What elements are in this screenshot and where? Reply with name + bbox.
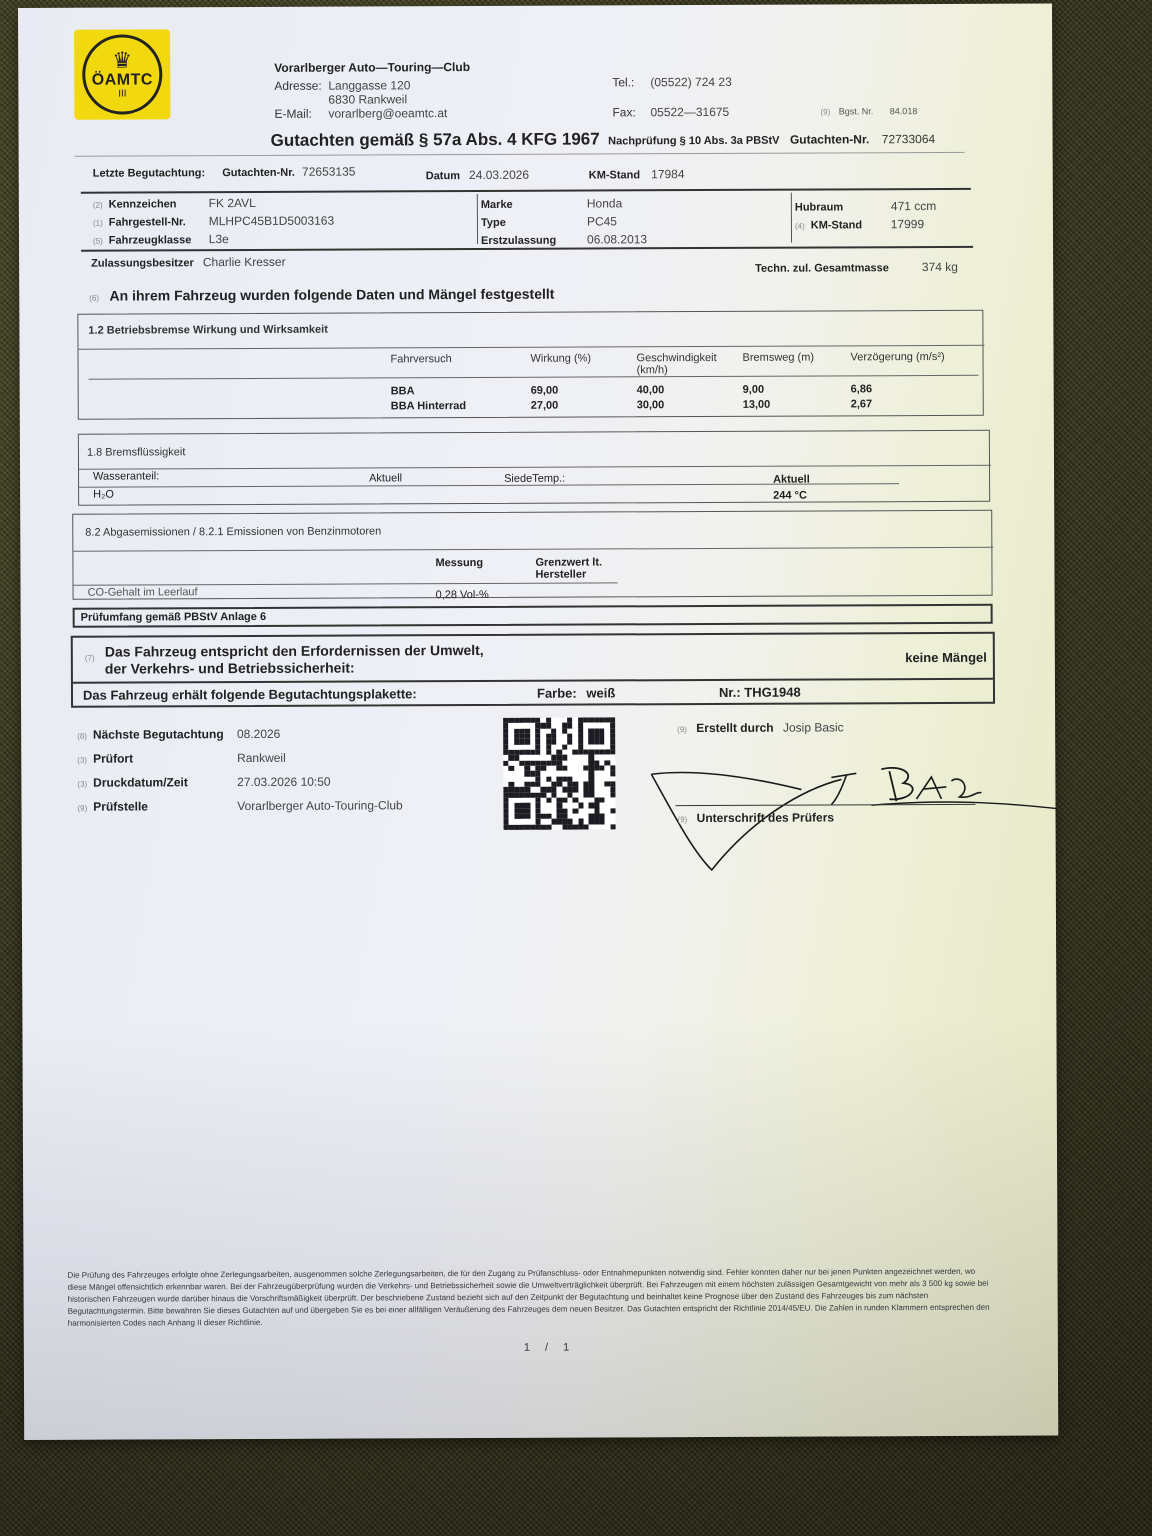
co-label: CO-Gehalt im Leerlauf bbox=[88, 586, 198, 598]
marke-value: Honda bbox=[587, 196, 622, 210]
result-line2: der Verkehrs- und Betriebssicherheit: bbox=[105, 659, 484, 678]
fluid-title-rule bbox=[79, 465, 991, 470]
farbe-value: weiß bbox=[586, 685, 615, 700]
fahrzeugklasse-label: Fahrzeugklasse bbox=[109, 232, 209, 249]
brake-cell: 69,00 bbox=[531, 385, 559, 397]
brake-cell: BBA bbox=[391, 385, 415, 397]
brake-cell: 6,86 bbox=[851, 383, 872, 395]
brake-cell: 40,00 bbox=[637, 384, 665, 396]
signature-label: Unterschrift des Prüfers bbox=[697, 810, 834, 825]
bgst-row: (9) Bgst. Nr. 84.018 bbox=[820, 106, 917, 116]
brake-header-geschwindigkeit: Geschwindigkeit (km/h) bbox=[637, 352, 741, 376]
owner-row: Zulassungsbesitzer Charlie Kresser bbox=[91, 255, 286, 270]
legal-disclaimer: Die Prüfung des Fahrzeuges erfolgte ohne… bbox=[68, 1266, 994, 1330]
page-number: 1 / 1 bbox=[524, 1342, 575, 1354]
last-nr-value: 72653135 bbox=[302, 165, 355, 179]
last-km-row: KM-Stand 17984 bbox=[589, 167, 685, 181]
print-date-row: (3)Druckdatum/Zeit27.03.2026 10:50 bbox=[77, 770, 402, 795]
brake-cell: 27,00 bbox=[531, 400, 559, 412]
document-title: Gutachten gemäß § 57a Abs. 4 KFG 1967 Na… bbox=[271, 128, 936, 151]
last-inspection-row: Letzte Begutachtung: Gutachten-Nr. 72653… bbox=[93, 165, 356, 180]
mass-value: 374 kg bbox=[922, 260, 958, 274]
last-date-value: 24.03.2026 bbox=[469, 168, 529, 182]
qr-code[interactable] bbox=[503, 717, 615, 829]
next-inspection-label: Nächste Begutachtung bbox=[93, 723, 237, 747]
plakette-nr-row: Nr.: THG1948 bbox=[719, 685, 801, 700]
co-value: 0,28 Vol-% bbox=[436, 589, 489, 601]
address-line2: 6830 Rankweil bbox=[328, 92, 407, 106]
hubraum-label: Hubraum bbox=[795, 199, 891, 216]
brake-section-title: 1.2 Betriebsbremse Wirkung und Wirksamke… bbox=[88, 324, 327, 337]
farbe-label: Farbe: bbox=[537, 686, 577, 701]
print-date-value: 27.03.2026 10:50 bbox=[237, 775, 330, 789]
pruefort-row: (3)PrüfortRankweil bbox=[77, 746, 402, 771]
tel-value: (05522) 724 23 bbox=[650, 75, 731, 89]
mass-label: Techn. zul. Gesamtmasse bbox=[755, 262, 889, 275]
last-inspection-label: Letzte Begutachtung: bbox=[93, 167, 206, 179]
email-link[interactable]: vorarlberg@oeamtc.at bbox=[328, 106, 447, 121]
fluid-section: 1.8 Bremsflüssigkeit Wasseranteil: Aktue… bbox=[78, 430, 990, 506]
fahrgestell-value: MLHPC45B1D5003163 bbox=[209, 214, 334, 229]
fahrgestell-label: Fahrgestell-Nr. bbox=[109, 214, 209, 231]
vehicle-divider-2 bbox=[791, 193, 792, 243]
vehicle-engine-block: Hubraum471 ccm (4)KM-Stand17999 bbox=[795, 198, 937, 235]
findings-heading: (6) An ihrem Fahrzeug wurden folgende Da… bbox=[89, 286, 554, 306]
logo-roman: III bbox=[118, 90, 126, 100]
oeamtc-logo: ♛ ÖAMTC III bbox=[74, 29, 170, 119]
pruefort-label: Prüfort bbox=[93, 747, 237, 771]
emissions-title-rule bbox=[73, 547, 993, 552]
result-divider bbox=[73, 678, 993, 684]
title-nr-value: 72733064 bbox=[882, 132, 935, 146]
brake-cell: 30,00 bbox=[637, 399, 665, 411]
kennzeichen-value: FK 2AVL bbox=[209, 196, 256, 210]
emissions-header-messung: Messung bbox=[435, 557, 483, 569]
brake-cell: 13,00 bbox=[743, 399, 771, 411]
mass-row: Techn. zul. Gesamtmasse 374 kg bbox=[755, 260, 958, 275]
creator-label: Erstellt durch bbox=[696, 721, 773, 735]
boil-label: SiedeTemp.: bbox=[504, 473, 565, 485]
brake-header-rule bbox=[89, 375, 979, 380]
tel-label: Tel.: bbox=[612, 75, 634, 89]
brake-section: 1.2 Betriebsbremse Wirkung und Wirksamke… bbox=[77, 310, 983, 420]
last-date-row: Datum 24.03.2026 bbox=[426, 168, 529, 182]
brake-title-rule bbox=[78, 345, 984, 350]
last-nr-label: Gutachten-Nr. bbox=[222, 167, 295, 179]
title-sub: Nachprüfung § 10 Abs. 3a PBStV bbox=[608, 135, 779, 148]
fahrzeugklasse-row: (5)FahrzeugklasseL3e bbox=[93, 231, 334, 250]
last-km-label: KM-Stand bbox=[589, 169, 640, 181]
pruefort-value: Rankweil bbox=[237, 751, 286, 765]
hubraum-value: 471 ccm bbox=[891, 199, 936, 213]
fluid-section-title: 1.8 Bremsflüssigkeit bbox=[87, 446, 185, 458]
result-line1: Das Fahrzeug entspricht den Erforderniss… bbox=[105, 642, 484, 661]
address-line1: Langgasse 120 bbox=[328, 78, 410, 92]
scope-box: Prüfumfang gemäß PBStV Anlage 6 bbox=[73, 604, 993, 628]
brake-header-verzoegerung: Verzögerung (m/s²) bbox=[851, 351, 945, 363]
bgst-value: 84.018 bbox=[890, 106, 918, 116]
creator-value: Josip Basic bbox=[783, 720, 844, 734]
brake-cell: 2,67 bbox=[851, 398, 872, 410]
vehicle-top-rule bbox=[81, 188, 971, 194]
last-date-label: Datum bbox=[426, 170, 460, 182]
fahrgestell-row: (1)Fahrgestell-Nr.MLHPC45B1D5003163 bbox=[93, 213, 334, 232]
print-date-label: Druckdatum/Zeit bbox=[93, 771, 237, 795]
verdict-text: keine Mängel bbox=[905, 650, 987, 665]
brake-header-fahrversuch: Fahrversuch bbox=[391, 353, 452, 365]
plakette-nr-label: Nr.: bbox=[719, 685, 741, 700]
next-inspection-value: 08.2026 bbox=[237, 727, 280, 741]
kennzeichen-label: Kennzeichen bbox=[109, 196, 209, 213]
club-name: Vorarlberger Auto—Touring—Club bbox=[274, 60, 470, 75]
inspection-info-block: (8)Nächste Begutachtung08.2026 (3)Prüfor… bbox=[77, 722, 403, 819]
farbe-row: Farbe: weiß bbox=[537, 685, 615, 700]
fahrzeugklasse-value: L3e bbox=[209, 232, 229, 246]
address-label: Adresse: bbox=[274, 79, 321, 93]
water-label: Wasseranteil: bbox=[93, 470, 159, 482]
vehicle-divider-1 bbox=[477, 194, 478, 244]
owner-value: Charlie Kresser bbox=[203, 255, 286, 269]
owner-label: Zulassungsbesitzer bbox=[91, 257, 194, 269]
type-label: Type bbox=[481, 215, 587, 232]
brake-cell: BBA Hinterrad bbox=[391, 400, 466, 412]
creator-row: (9) Erstellt durch Josip Basic bbox=[677, 720, 844, 735]
bgst-code: (9) bbox=[820, 107, 830, 116]
findings-heading-text: An ihrem Fahrzeug wurden folgende Daten … bbox=[109, 286, 554, 304]
erstzulassung-value: 06.08.2013 bbox=[587, 232, 647, 246]
water-current-label: Aktuell bbox=[369, 472, 402, 484]
brake-header-bremsweg: Bremsweg (m) bbox=[743, 352, 815, 364]
km-stand-label: KM-Stand bbox=[811, 217, 891, 234]
brake-rows: BBA69,0040,009,006,86BBA Hinterrad27,003… bbox=[78, 311, 982, 315]
fax-value: 05522—31675 bbox=[650, 105, 729, 119]
brake-header-wirkung: Wirkung (%) bbox=[531, 353, 592, 365]
marke-label: Marke bbox=[481, 197, 587, 214]
brake-cell: 9,00 bbox=[743, 384, 764, 396]
vehicle-id-block: (2)KennzeichenFK 2AVL (1)Fahrgestell-Nr.… bbox=[93, 195, 334, 250]
eagle-crest-icon: ♛ bbox=[112, 50, 132, 72]
title-nr-label: Gutachten-Nr. bbox=[790, 132, 869, 146]
vehicle-make-block: MarkeHonda TypePC45 Erstzulassung06.08.2… bbox=[481, 195, 647, 250]
emissions-row-rule bbox=[74, 582, 618, 585]
last-km-value: 17984 bbox=[651, 167, 684, 181]
next-inspection-row: (8)Nächste Begutachtung08.2026 bbox=[77, 722, 402, 747]
title-divider bbox=[75, 152, 965, 157]
plakette-label: Das Fahrzeug erhält folgende Begutachtun… bbox=[83, 686, 417, 702]
title-main: Gutachten gemäß § 57a Abs. 4 KFG 1967 bbox=[271, 129, 600, 149]
logo-text: ÖAMTC bbox=[92, 71, 153, 89]
type-value: PC45 bbox=[587, 214, 617, 228]
fax-label: Fax: bbox=[612, 105, 635, 119]
plakette-row: Das Fahrzeug erhält folgende Begutachtun… bbox=[83, 686, 417, 702]
plakette-nr-value: THG1948 bbox=[744, 685, 800, 700]
kennzeichen-row: (2)KennzeichenFK 2AVL bbox=[93, 195, 334, 214]
result-box: (7) Das Fahrzeug entspricht den Erforder… bbox=[71, 632, 995, 708]
inspection-document: ♛ ÖAMTC III Vorarlberger Auto—Touring—Cl… bbox=[18, 3, 1058, 1439]
boil-value: 244 °C bbox=[773, 490, 807, 502]
pruefstelle-label: Prüfstelle bbox=[93, 795, 237, 819]
emissions-section: 8.2 Abgasemissionen / 8.2.1 Emissionen v… bbox=[72, 510, 992, 600]
logo-emblem: ♛ ÖAMTC III bbox=[82, 34, 162, 114]
emissions-section-title: 8.2 Abgasemissionen / 8.2.1 Emissionen v… bbox=[85, 525, 381, 538]
water-unit: H₂O bbox=[93, 489, 114, 501]
pruefstelle-value: Vorarlberger Auto-Touring-Club bbox=[237, 798, 402, 813]
pruefstelle-row: (9)PrüfstelleVorarlberger Auto-Touring-C… bbox=[77, 794, 402, 819]
signature-label-row: (9) Unterschrift des Prüfers bbox=[678, 810, 835, 825]
km-stand-value: 17999 bbox=[891, 217, 924, 231]
scope-text: Prüfumfang gemäß PBStV Anlage 6 bbox=[81, 611, 266, 624]
bgst-label: Bgst. Nr. bbox=[839, 106, 874, 116]
email-label: E-Mail: bbox=[274, 107, 311, 121]
emissions-header-grenzwert: Grenzwert lt. Hersteller bbox=[535, 556, 619, 580]
result-statement: Das Fahrzeug entspricht den Erforderniss… bbox=[105, 642, 484, 678]
